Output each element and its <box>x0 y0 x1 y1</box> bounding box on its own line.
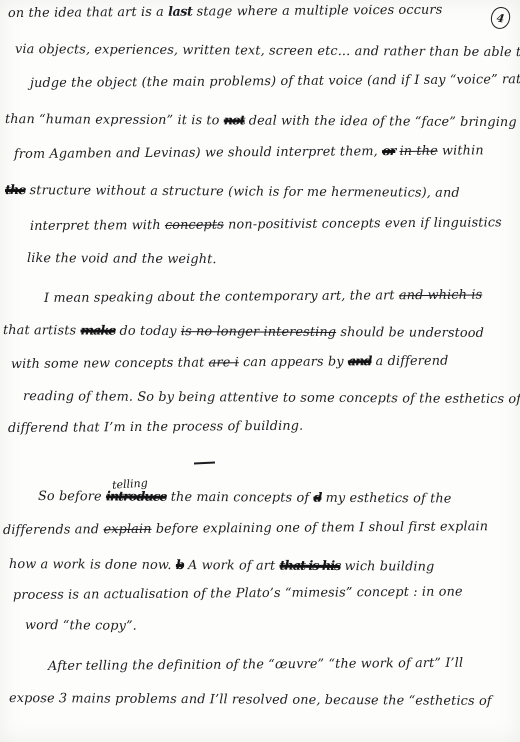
handwritten-text: So before <box>38 489 106 504</box>
manuscript-line: from Agamben and Levinas) we should inte… <box>14 143 484 162</box>
manuscript-line: reading of them. So by being attentive t… <box>23 389 520 407</box>
manuscript-line: I mean speaking about the contemporary a… <box>44 288 482 306</box>
crossed-out-text: is no longer interesting <box>181 324 336 340</box>
crossed-out-text: and <box>348 354 372 369</box>
manuscript-line: word “the copy”. <box>25 618 137 634</box>
handwritten-text <box>395 144 399 159</box>
handwritten-text: word “the copy”. <box>25 618 137 634</box>
handwritten-text: differend that I’m in the process of bui… <box>8 419 303 436</box>
handwritten-text: process is an actualisation of the Plato… <box>13 584 463 603</box>
crossed-out-text: are i <box>209 355 239 370</box>
inserted-word: telling <box>112 476 148 491</box>
handwritten-text: should be understood <box>336 325 484 341</box>
manuscript-line: the structure without a structure (wich … <box>5 183 460 201</box>
crossed-out-text: explain <box>103 522 151 537</box>
handwritten-text: A work of art <box>184 558 280 574</box>
handwritten-text: like the void and the weight. <box>27 251 217 267</box>
crossed-out-text: concepts <box>165 217 224 232</box>
handwritten-text: than “human expression” it is to <box>5 112 224 128</box>
crossed-out-text: that is his <box>279 559 340 574</box>
handwritten-text: differends and <box>3 522 104 538</box>
manuscript-line: that artists make do today is no longer … <box>3 323 484 341</box>
crossed-out-text: not <box>224 113 245 128</box>
manuscript-line: process is an actualisation of the Plato… <box>13 584 463 603</box>
handwritten-text: stage where a multiple voices occurs <box>192 3 442 20</box>
page-number-badge: 4 <box>489 6 511 31</box>
manuscript-line: via objects, experiences, written text, … <box>15 42 520 60</box>
section-separator <box>194 461 215 464</box>
handwritten-text: before explaining one of them I shoul fi… <box>152 519 489 537</box>
manuscript-line: how a work is done now. b A work of art … <box>9 557 434 575</box>
crossed-out-text: in the <box>399 144 437 159</box>
handwritten-text: can appears by <box>239 354 348 370</box>
handwritten-text: wich building <box>340 559 434 575</box>
manuscript-line: like the void and the weight. <box>27 251 217 267</box>
crossed-out-text: make <box>80 323 115 338</box>
handwritten-text: reading of them. So by being attentive t… <box>23 389 520 407</box>
handwritten-text: from Agamben and Levinas) we should inte… <box>14 144 382 162</box>
manuscript-line: expose 3 mains problems and I’ll resolve… <box>9 691 492 709</box>
handwritten-text: I mean speaking about the contemporary a… <box>44 288 399 306</box>
handwritten-text: that artists <box>3 323 81 338</box>
manuscript-line: So before introducetelling the main conc… <box>38 489 452 507</box>
manuscript-page: 4 on the idea that art is a last stage w… <box>0 0 520 742</box>
crossed-out-text: or <box>382 144 395 159</box>
manuscript-line: differends and explain before explaining… <box>3 519 488 538</box>
handwritten-text: within <box>438 143 484 158</box>
handwritten-text: with some new concepts that <box>11 355 209 372</box>
handwritten-text: After telling the definition of the “œuv… <box>48 656 463 674</box>
crossed-out-text: introducetelling <box>106 489 167 504</box>
manuscript-line: differend that I’m in the process of bui… <box>8 419 303 436</box>
handwritten-text: how a work is done now. <box>9 557 176 573</box>
crossed-out-text: and which is <box>399 288 482 304</box>
handwritten-text: non-positivist concepts even if linguist… <box>224 215 502 232</box>
crossed-out-text: last <box>168 5 192 20</box>
crossed-out-text: the <box>5 183 25 198</box>
handwritten-text: my esthetics of the <box>321 491 451 507</box>
handwritten-text: interpret them with <box>30 218 165 234</box>
handwritten-text: via objects, experiences, written text, … <box>15 42 520 60</box>
manuscript-line: judge the object (the main problems) of … <box>30 72 520 91</box>
manuscript-line: After telling the definition of the “œuv… <box>48 656 463 674</box>
handwritten-text: do today <box>115 324 181 339</box>
handwritten-text: on the idea that art is a <box>8 5 168 21</box>
handwritten-text: judge the object (the main problems) of … <box>30 72 520 91</box>
manuscript-line: with some new concepts that are i can ap… <box>11 354 449 372</box>
handwritten-text: structure without a structure (wich is f… <box>25 183 459 201</box>
manuscript-line: on the idea that art is a last stage whe… <box>8 3 443 21</box>
handwritten-text: the main concepts of <box>167 490 314 506</box>
handwritten-text: a differend <box>371 354 448 370</box>
crossed-out-text: b <box>176 558 184 573</box>
manuscript-line: than “human expression” it is to not dea… <box>5 112 517 130</box>
handwritten-text: deal with the idea of the “face” bringin… <box>244 113 516 130</box>
manuscript-line: interpret them with concepts non-positiv… <box>30 215 502 234</box>
handwritten-text: expose 3 mains problems and I’ll resolve… <box>9 691 492 709</box>
